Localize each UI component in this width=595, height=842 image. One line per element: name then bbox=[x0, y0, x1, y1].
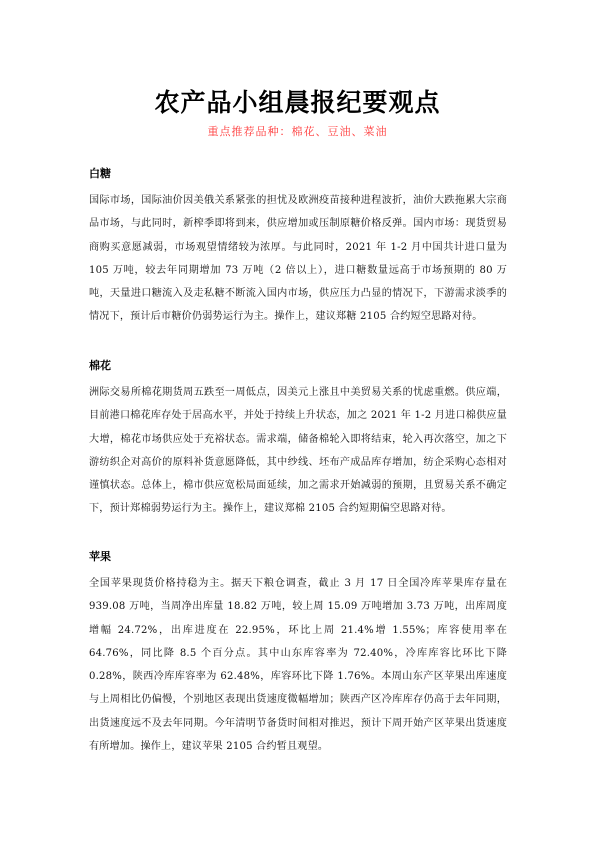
section-apple: 苹果 全国苹果现货价格持稳为主。据天下粮仓调查，截止 3 月 17 日全国冷库苹… bbox=[89, 548, 507, 758]
section-cotton: 棉花 洲际交易所棉花期货周五跌至一周低点，因美元上涨且中美贸易关系的忧虑重燃。供… bbox=[89, 357, 507, 521]
section-sugar: 白糖 国际市场，国际油价因美俄关系紧张的担忧及欧洲疫苗接种进程波折，油价大跌拖累… bbox=[89, 165, 507, 329]
section-body: 国际市场，国际油价因美俄关系紧张的担忧及欧洲疫苗接种进程波折，油价大跌拖累大宗商… bbox=[89, 189, 507, 329]
section-body: 洲际交易所棉花期货周五跌至一周低点，因美元上涨且中美贸易关系的忧虑重燃。供应端，… bbox=[89, 381, 507, 521]
document-title: 农产品小组晨报纪要观点 bbox=[0, 83, 595, 119]
recommended-varieties: 重点推荐品种：棉花、豆油、菜油 bbox=[0, 123, 595, 139]
section-body: 全国苹果现货价格持稳为主。据天下粮仓调查，截止 3 月 17 日全国冷库苹果库存… bbox=[89, 572, 507, 758]
section-heading: 棉花 bbox=[89, 357, 507, 373]
section-heading: 苹果 bbox=[89, 548, 507, 564]
section-heading: 白糖 bbox=[89, 165, 507, 181]
